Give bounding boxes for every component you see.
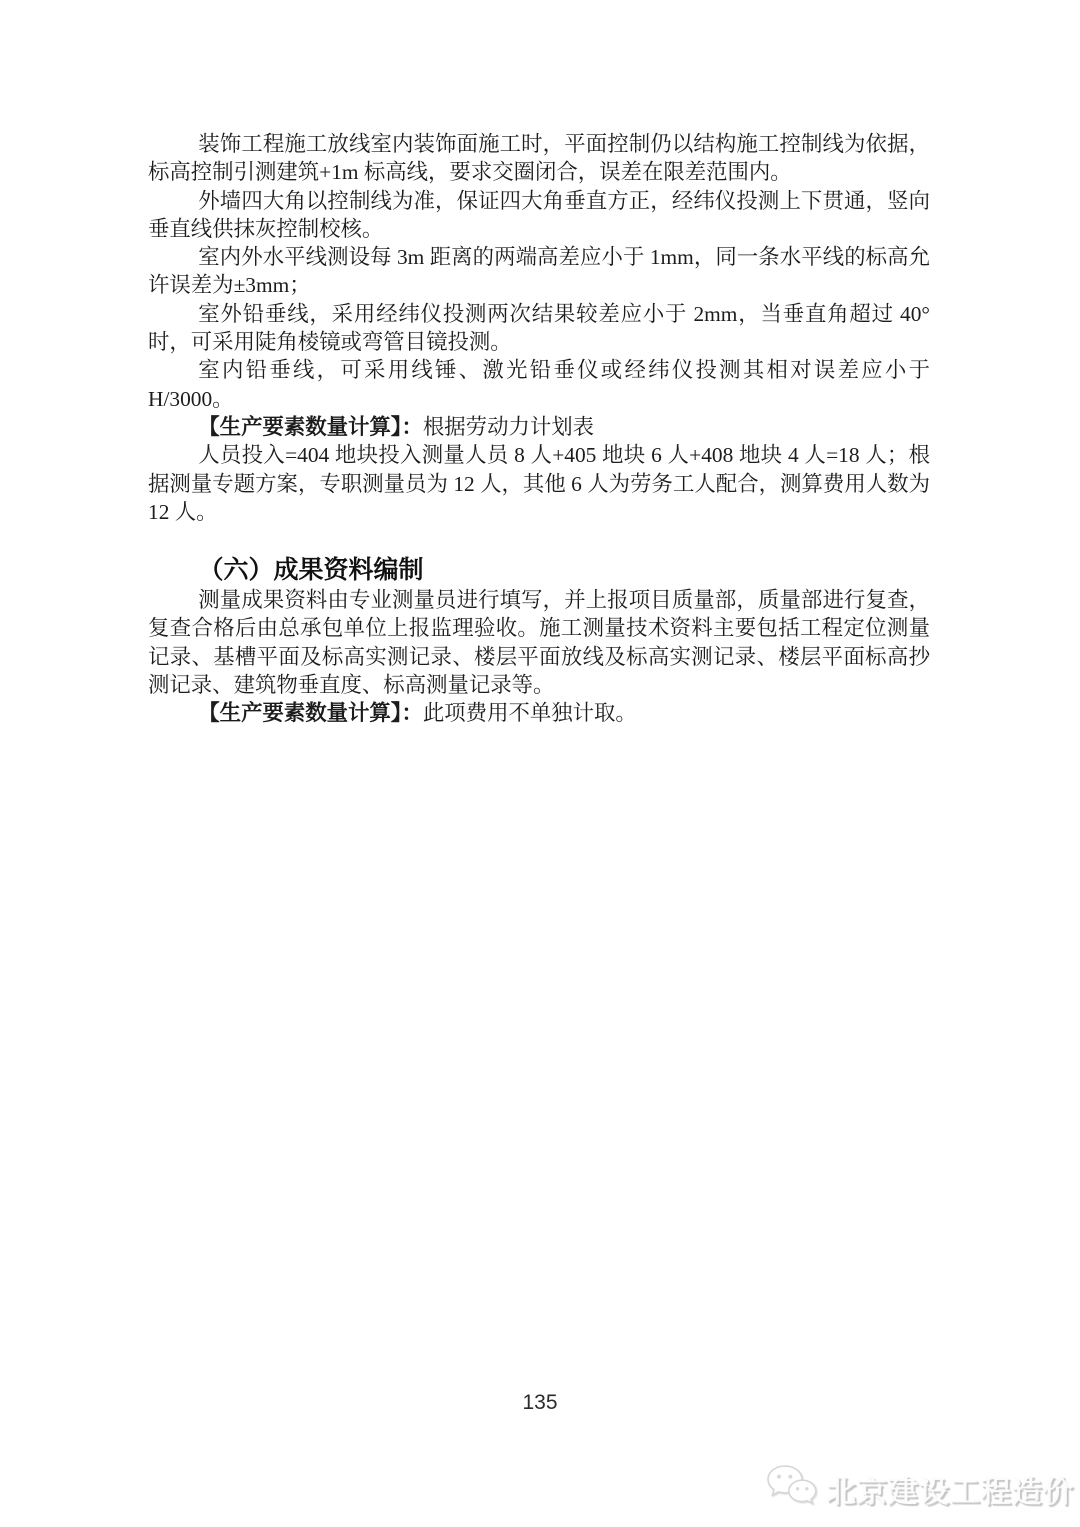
paragraph-survey-layout: 装饰工程施工放线室内装饰面施工时，平面控制仍以结构施工控制线为依据，标高控制引测… (148, 130, 930, 187)
page-content: 装饰工程施工放线室内装饰面施工时，平面控制仍以结构施工控制线为依据，标高控制引测… (148, 130, 930, 728)
section-6-paragraph: 测量成果资料由专业测量员进行填写，并上报项目质量部，质量部进行复查，复查合格后由… (148, 586, 930, 699)
calc-note-2-label: 【生产要素数量计算】： (198, 701, 423, 725)
paragraph-level-lines: 室内外水平线测设每 3m 距离的两端高差应小于 1mm，同一条水平线的标高允许误… (148, 243, 930, 300)
watermark: 北京建设工程造价 (766, 1464, 1074, 1513)
wechat-icon (766, 1464, 818, 1513)
watermark-text: 北京建设工程造价 (826, 1467, 1074, 1511)
calc-note-2-text: 此项费用不单独计取。 (423, 701, 637, 725)
document-page: 装饰工程施工放线室内装饰面施工时，平面控制仍以结构施工控制线为依据，标高控制引测… (0, 0, 1080, 1527)
page-number: 135 (0, 1391, 1080, 1415)
calc-note-1-text: 根据劳动力计划表 (423, 415, 594, 439)
paragraph-wall-corners: 外墙四大角以控制线为准，保证四大角垂直方正，经纬仪投测上下贯通，竖向垂直线供抹灰… (148, 187, 930, 244)
calc-note-1: 【生产要素数量计算】：根据劳动力计划表 (148, 413, 930, 441)
section-heading-6: （六）成果资料编制 (148, 556, 930, 586)
calc-note-2: 【生产要素数量计算】：此项费用不单独计取。 (148, 699, 930, 727)
paragraph-outdoor-plumb: 室外铅垂线，采用经纬仪投测两次结果较差应小于 2mm，当垂直角超过 40°时，可… (148, 300, 930, 357)
calc-detail-1: 人员投入=404 地块投入测量人员 8 人+405 地块 6 人+408 地块 … (148, 441, 930, 526)
calc-note-1-label: 【生产要素数量计算】： (198, 415, 423, 439)
paragraph-indoor-plumb: 室内铅垂线，可采用线锤、激光铅垂仪或经纬仪投测其相对误差应小于 H/3000。 (148, 356, 930, 413)
